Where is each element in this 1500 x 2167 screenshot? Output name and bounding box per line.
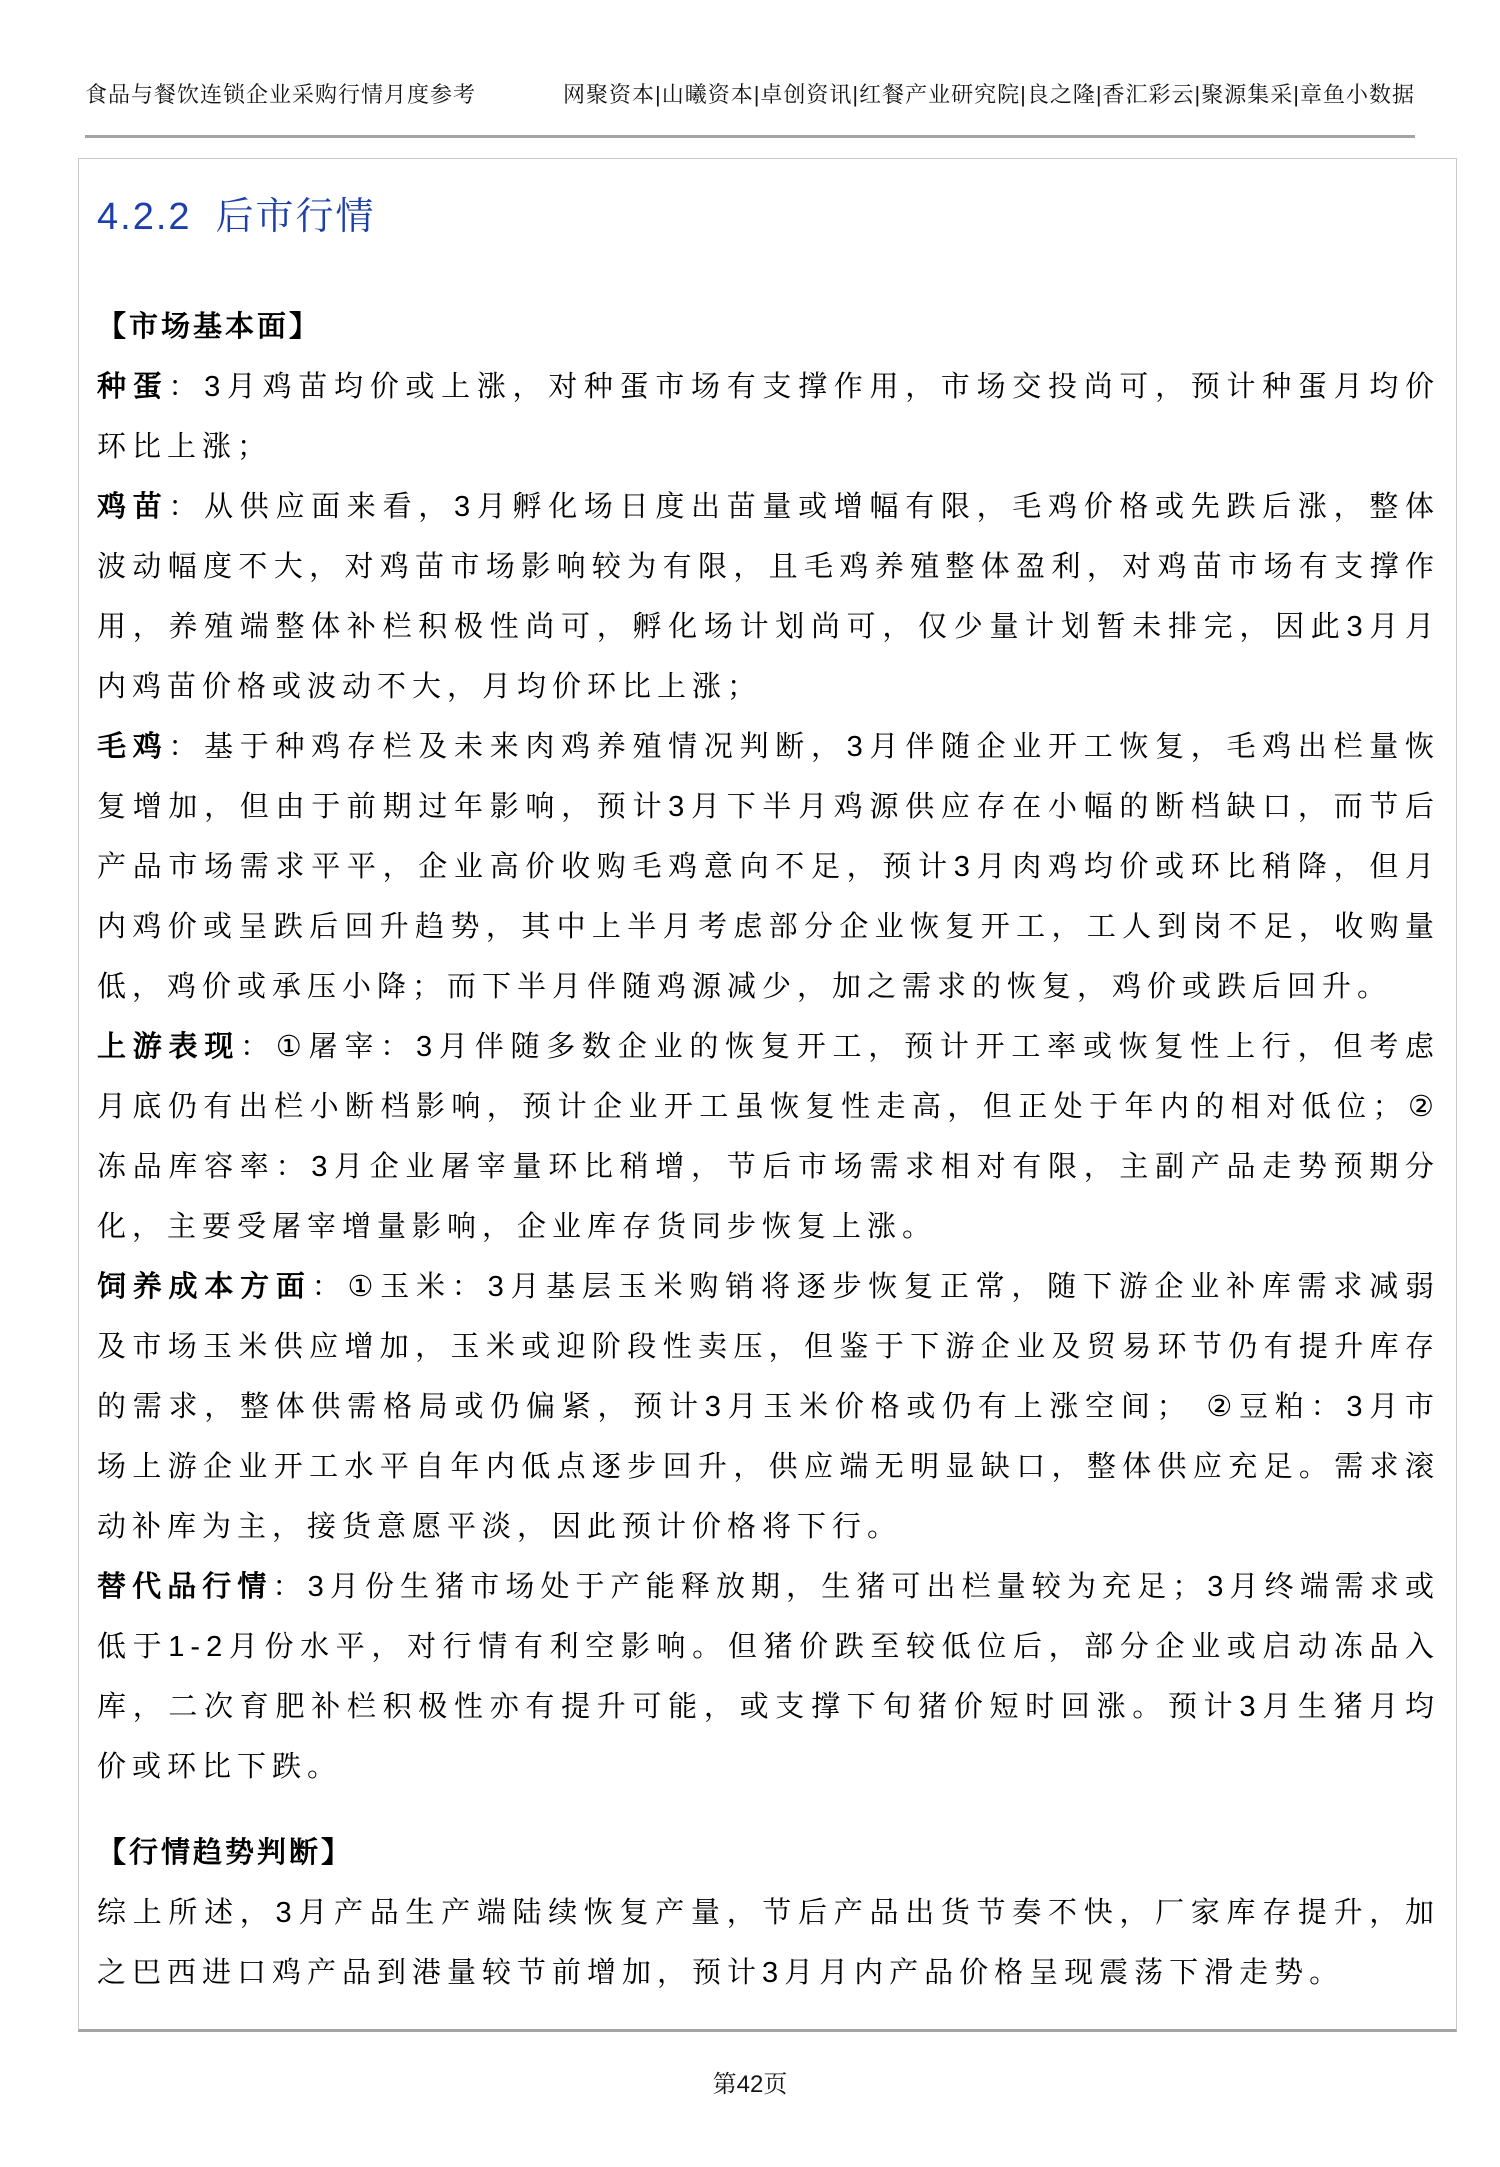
paragraph-text: ：3月鸡苗均价或上涨，对种蛋市场有支撑作用，市场交投尚可，预计种蛋月均价环比上涨… [97, 371, 1440, 463]
paragraph-lead: 种蛋 [97, 371, 168, 403]
header-report-title: 食品与餐饮连锁企业采购行情月度参考 [85, 78, 476, 109]
header-brand-list: 网聚资本|山曦资本|卓创资讯|红餐产业研究院|良之隆|香汇彩云|聚源集采|章鱼小… [563, 78, 1415, 109]
section-title: 4.2.2后市行情 [97, 189, 1440, 245]
paragraph-text: ：①屠宰：3月伴随多数企业的恢复开工，预计开工率或恢复性上行，但考虑月底仍有出栏… [97, 1031, 1440, 1243]
paragraph-broilers: 毛鸡：基于种鸡存栏及未来肉鸡养殖情况判断，3月伴随企业开工恢复，毛鸡出栏量恢复增… [97, 717, 1440, 1017]
section-title-text: 后市行情 [216, 196, 376, 238]
paragraph-feed-cost: 饲养成本方面：①玉米：3月基层玉米购销将逐步恢复正常，随下游企业补库需求减弱及市… [97, 1257, 1440, 1557]
paragraph-chicks: 鸡苗：从供应面来看，3月孵化场日度出苗量或增幅有限，毛鸡价格或先跌后涨，整体波动… [97, 477, 1440, 717]
paragraph-conclusion: 综上所述，3月产品生产端陆续恢复产量，节后产品出货节奏不快，厂家库存提升，加之巴… [97, 1883, 1440, 2003]
paragraph-text: ：①玉米：3月基层玉米购销将逐步恢复正常，随下游企业补库需求减弱及市场玉米供应增… [97, 1271, 1440, 1543]
paragraph-breeding-eggs: 种蛋：3月鸡苗均价或上涨，对种蛋市场有支撑作用，市场交投尚可，预计种蛋月均价环比… [97, 357, 1440, 477]
paragraph-lead: 替代品行情 [97, 1571, 273, 1603]
header-divider [85, 135, 1415, 138]
page-header: 食品与餐饮连锁企业采购行情月度参考 网聚资本|山曦资本|卓创资讯|红餐产业研究院… [85, 78, 1415, 109]
paragraph-lead: 上游表现 [97, 1031, 240, 1063]
paragraph-lead: 毛鸡 [97, 731, 168, 763]
page-number: 第42页 [713, 2071, 788, 2098]
page-footer: 第42页 [0, 2064, 1500, 2099]
subheading-trend-judgement: 【行情趋势判断】 [97, 1823, 1440, 1883]
content-box: 4.2.2后市行情 【市场基本面】 种蛋：3月鸡苗均价或上涨，对种蛋市场有支撑作… [78, 158, 1457, 2032]
paragraph-substitute-market: 替代品行情：3月份生猪市场处于产能释放期，生猪可出栏量较为充足；3月终端需求或低… [97, 1557, 1440, 1797]
paragraph-text: ：基于种鸡存栏及未来肉鸡养殖情况判断，3月伴随企业开工恢复，毛鸡出栏量恢复增加，… [97, 731, 1440, 1003]
paragraph-lead: 鸡苗 [97, 491, 168, 523]
paragraph-text: ：3月份生猪市场处于产能释放期，生猪可出栏量较为充足；3月终端需求或低于1-2月… [97, 1571, 1440, 1783]
section-number: 4.2.2 [97, 196, 192, 238]
paragraph-text: ：从供应面来看，3月孵化场日度出苗量或增幅有限，毛鸡价格或先跌后涨，整体波动幅度… [97, 491, 1440, 703]
document-page: 食品与餐饮连锁企业采购行情月度参考 网聚资本|山曦资本|卓创资讯|红餐产业研究院… [0, 0, 1500, 2167]
paragraph-upstream-performance: 上游表现：①屠宰：3月伴随多数企业的恢复开工，预计开工率或恢复性上行，但考虑月底… [97, 1017, 1440, 1257]
subheading-market-fundamentals: 【市场基本面】 [97, 297, 1440, 357]
paragraph-lead: 饲养成本方面 [97, 1271, 312, 1303]
